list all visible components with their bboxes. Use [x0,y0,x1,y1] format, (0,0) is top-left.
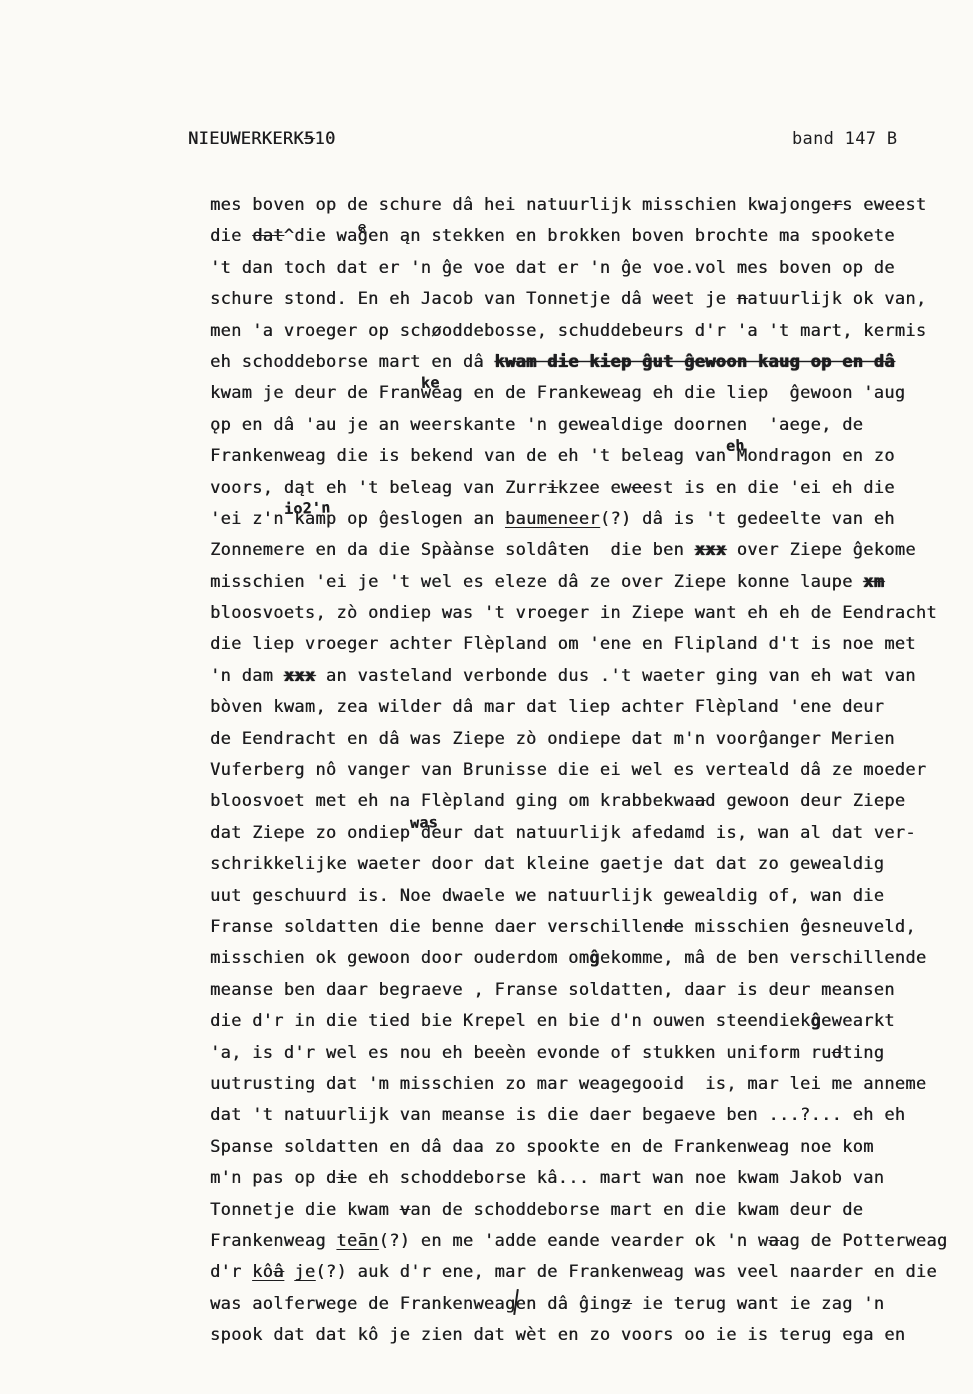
text-segment: Franse soldatten die benne daer verschil… [210,917,663,937]
text-segment: d'r [210,1262,252,1282]
text-segment: ĝ [811,1011,822,1031]
text-line: schrikkelijke waeter door dat kleine gae… [210,849,947,880]
text-line: Tonnetje die kwam van de schoddeborse ma… [210,1195,947,1226]
underlined-text: kô [252,1262,273,1282]
text-segment: men 'a vroeger op schøoddebosse, schudde… [210,321,926,341]
text-segment: spook dat dat kô je zien dat wèt en zo v… [210,1325,905,1345]
text-segment: over Ziepe ĝekome [726,540,916,560]
struck-text: z [621,1294,632,1314]
text-segment: meanse ben daar begraeve , Franse soldat… [210,980,895,1000]
struck-text: xxx [695,540,727,560]
text-line: kwam je deur de Frankeweag en de Frankew… [210,378,947,409]
text-segment: en dâ ĝing [516,1294,621,1314]
text-line: dat 't natuurlijk van meanse is die daer… [210,1100,947,1131]
text-segment: NIEUWERKERK [188,129,304,149]
text-line: die liep vroeger achter Flèpland om 'ene… [210,629,947,660]
text-segment: die liep vroeger achter Flèpland om 'ene… [210,634,916,654]
text-segment: Tonnetje die kwam [210,1200,400,1220]
underlined-text: je [294,1262,315,1282]
text-segment: weag en de Frankeweag eh die liep ĝewoon… [421,383,906,403]
struck-text: kwam die kiep ĝut ĝewoon kaug op en dâ [494,352,894,372]
text-line: Frankenweag die is bekend van de eh 't b… [210,441,947,472]
text-segment: Vuferberg nô vanger van Brunisse die ei … [210,760,926,780]
text-segment: atuurlijk ok van, [747,289,926,309]
struck-text: e [568,540,579,560]
text-line: Spanse soldatten en dâ daa zo spookte en… [210,1132,947,1163]
text-segment: (?) dâ is 't gedeelte van eh [600,509,895,529]
page-header-right: band 147 B [792,129,897,149]
text-line: meanse ben daar begraeve , Franse soldat… [210,975,947,1006]
text-segment [284,1262,295,1282]
struck-text: a [695,791,706,811]
struck-text: r [832,195,843,215]
text-line: die dat^die waeĝen ąn stekken en brokken… [210,221,947,252]
text-line: uutrusting dat 'm misschien zo mar weage… [210,1069,947,1100]
underlined-text: â [273,1262,284,1282]
text-line: misschien 'ei je 't wel es eleze dâ ze o… [210,567,947,598]
struck-text: dat [252,226,284,246]
struck-text: i [547,478,558,498]
text-segment: die [210,226,252,246]
text-line: mes boven op de schure dâ hei natuurlijk… [210,190,947,221]
struck-text: xm [863,572,884,592]
text-segment: (?) auk d'r ene, mar de Frankenweag was … [315,1262,937,1282]
text-line: men 'a vroeger op schøoddebosse, schudde… [210,316,947,347]
text-line: Zonnemere en da die Spàànse soldâten die… [210,535,947,566]
struck-text: xxx [284,666,316,686]
text-segment: Frankenweag [210,1231,336,1251]
text-segment: uut geschuurd is. Noe dwaele we natuurli… [210,886,884,906]
text-segment: ǫp en dâ 'au je an weerskante 'n geweald… [210,415,863,435]
text-line: 'ei z'nio2'n kamp op ĝeslogen an baumene… [210,504,947,535]
text-line: eh schoddeborse mart en dâ kwam die kiep… [210,347,947,378]
text-segment: kzee ew [558,478,632,498]
text-segment: bloosvoets, zò ondiep was 't vroeger in … [210,603,937,623]
struck-text: i [336,1168,347,1188]
text-segment: bòven kwam, zea wilder dâ mar dat liep a… [210,697,884,717]
text-segment: dat 't natuurlijk van meanse is die daer… [210,1105,905,1125]
text-segment: 'n dam [210,666,284,686]
text-segment: 'a, is d'r wel es nou eh beeèn evonde of… [210,1043,832,1063]
text-segment: Frankenweag die is bekend van de eh 't b… [210,446,726,466]
text-segment: ting [842,1043,884,1063]
text-segment: 't dan toch dat er 'n ĝe voe dat er 'n ĝ… [210,258,895,278]
text-segment: ĝen ąn stekken en brokken boven brochte … [358,226,895,246]
text-segment: ie terug want ie zag 'n [631,1294,884,1314]
struck-text: d [663,917,674,937]
text-line: uut geschuurd is. Noe dwaele we natuurli… [210,881,947,912]
text-segment: voors, dąt eh 't beleag van Zurr [210,478,547,498]
text-segment: an de schoddeborse mart en die kwam deur… [410,1200,863,1220]
text-segment: e eh schoddeborse kâ... mart wan noe kwa… [347,1168,884,1188]
underlined-text: teān [336,1231,378,1251]
text-segment: ewearkt [821,1011,895,1031]
text-line: bloosvoets, zò ondiep was 't vroeger in … [210,598,947,629]
text-segment: 10 [314,129,335,149]
text-segment: uutrusting dat 'm misschien zo mar weage… [210,1074,926,1094]
struck-text: d [832,1043,843,1063]
text-segment: n die ben [579,540,695,560]
text-segment: schure stond. En eh Jacob van Tonnetje d… [210,289,737,309]
text-line: bòven kwam, zea wilder dâ mar dat liep a… [210,692,947,723]
struck-text: 5 [304,129,315,149]
transcript-body: mes boven op de schure dâ hei natuurlijk… [210,190,947,1351]
page-header-left: NIEUWERKERK510 [188,129,336,149]
text-segment: m'n pas op d [210,1168,336,1188]
text-segment: mes boven op de schure dâ hei natuurlijk… [210,195,832,215]
text-line: de Eendracht en dâ was Ziepe zò ondiepe … [210,724,947,755]
struck-text: v [400,1200,411,1220]
text-segment: schrikkelijke waeter door dat kleine gae… [210,854,884,874]
text-segment: bloosvoet met eh na Flèpland ging om kra… [210,791,695,811]
scanned-document-page: NIEUWERKERK510 band 147 B mes boven op d… [0,0,973,1394]
text-line: die d'r in die tied bie Krepel en bie d'… [210,1006,947,1037]
text-line: dat Ziepe zo ondiepwas deur dat natuurli… [210,818,947,849]
struck-text: a [768,1231,779,1251]
text-line: ǫp en dâ 'au je an weerskante 'n geweald… [210,410,947,441]
text-line: misschien ok gewoon door ouderdom omĝeko… [210,943,947,974]
text-segment: (?) en me 'adde eande vearder ok 'n w [379,1231,769,1251]
text-line: spook dat dat kô je zien dat wèt en zo v… [210,1320,947,1351]
text-line: Frankenweag teān(?) en me 'adde eande ve… [210,1226,947,1257]
text-segment: dat Ziepe zo ondiep [210,823,410,843]
text-line: Franse soldatten die benne daer verschil… [210,912,947,943]
text-segment: ekomme, mâ de ben verschillende [600,948,927,968]
text-segment: Mondragon en zo [726,446,895,466]
struck-text: e [631,478,642,498]
text-line: Vuferberg nô vanger van Brunisse die ei … [210,755,947,786]
underlined-text: baumeneer [505,509,600,529]
text-segment: eh schoddeborse mart en dâ [210,352,494,372]
struck-text: n [737,289,748,309]
text-segment: deur dat natuurlijk afedamd is, wan al d… [410,823,916,843]
text-segment: est is en die 'ei eh die [642,478,895,498]
text-line: m'n pas op die eh schoddeborse kâ... mar… [210,1163,947,1194]
text-segment: an vasteland verbonde dus .'t waeter gin… [315,666,916,686]
text-segment: ag de Potterweag [779,1231,948,1251]
text-segment: de Eendracht en dâ was Ziepe zò ondiepe … [210,729,895,749]
text-segment: Spanse soldatten en dâ daa zo spookte en… [210,1137,874,1157]
text-line: 'n dam xxx an vasteland verbonde dus .'t… [210,661,947,692]
text-segment: ĝ [589,948,600,968]
text-line: was aolferwege de Frankenweagen dâ ĝingz… [210,1289,947,1320]
text-segment: misschien 'ei je 't wel es eleze dâ ze o… [210,572,863,592]
text-line: d'r kôâ je(?) auk d'r ene, mar de Franke… [210,1257,947,1288]
text-segment: die d'r in die tied bie Krepel en bie d'… [210,1011,811,1031]
text-segment: misschien ok gewoon door ouderdom om [210,948,589,968]
text-segment: Zonnemere en da die Spàànse soldât [210,540,568,560]
text-segment: e misschien ĝesneuveld, [674,917,916,937]
text-segment: 'ei z'n [210,509,284,529]
text-segment: kwam je deur de Fran [210,383,421,403]
text-line: 't dan toch dat er 'n ĝe voe dat er 'n ĝ… [210,253,947,284]
text-line: schure stond. En eh Jacob van Tonnetje d… [210,284,947,315]
text-segment: was aolferwege de Frankenweag [210,1294,516,1314]
text-segment: d gewoon deur Ziepe [705,791,905,811]
text-segment: ^die wa [284,226,358,246]
text-line: 'a, is d'r wel es nou eh beeèn evonde of… [210,1038,947,1069]
text-line: bloosvoet met eh na Flèpland ging om kra… [210,786,947,817]
text-segment: s eweest [842,195,926,215]
